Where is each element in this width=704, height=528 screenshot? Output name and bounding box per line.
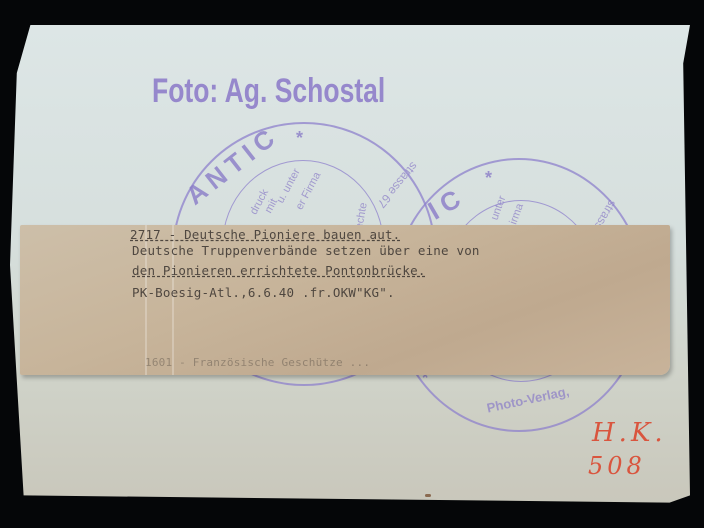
handwritten-initials: H.K.: [592, 418, 667, 448]
caption-line-3: den Pionieren errichtete Pontonbrücke.: [132, 263, 426, 278]
caption-line-4: PK-Boesig-Atl.,6.6.40 .fr.OKW"KG".: [132, 285, 395, 300]
handwritten-number: 508: [588, 452, 646, 480]
caption-label: 2717 - Deutsche Pioniere bauen aut. Deut…: [20, 225, 670, 375]
star-icon: *: [296, 128, 303, 149]
dust-speck: [425, 494, 431, 497]
caption-line-1: 2717 - Deutsche Pioniere bauen aut.: [130, 227, 400, 242]
caption-line-2: Deutsche Truppenverbände setzen über ein…: [132, 243, 480, 258]
star-icon: *: [485, 168, 492, 189]
caption-hidden-line: 1601 - Französische Geschütze ...: [145, 356, 370, 369]
agency-stamp: Foto: Ag. Schostal: [152, 72, 385, 111]
